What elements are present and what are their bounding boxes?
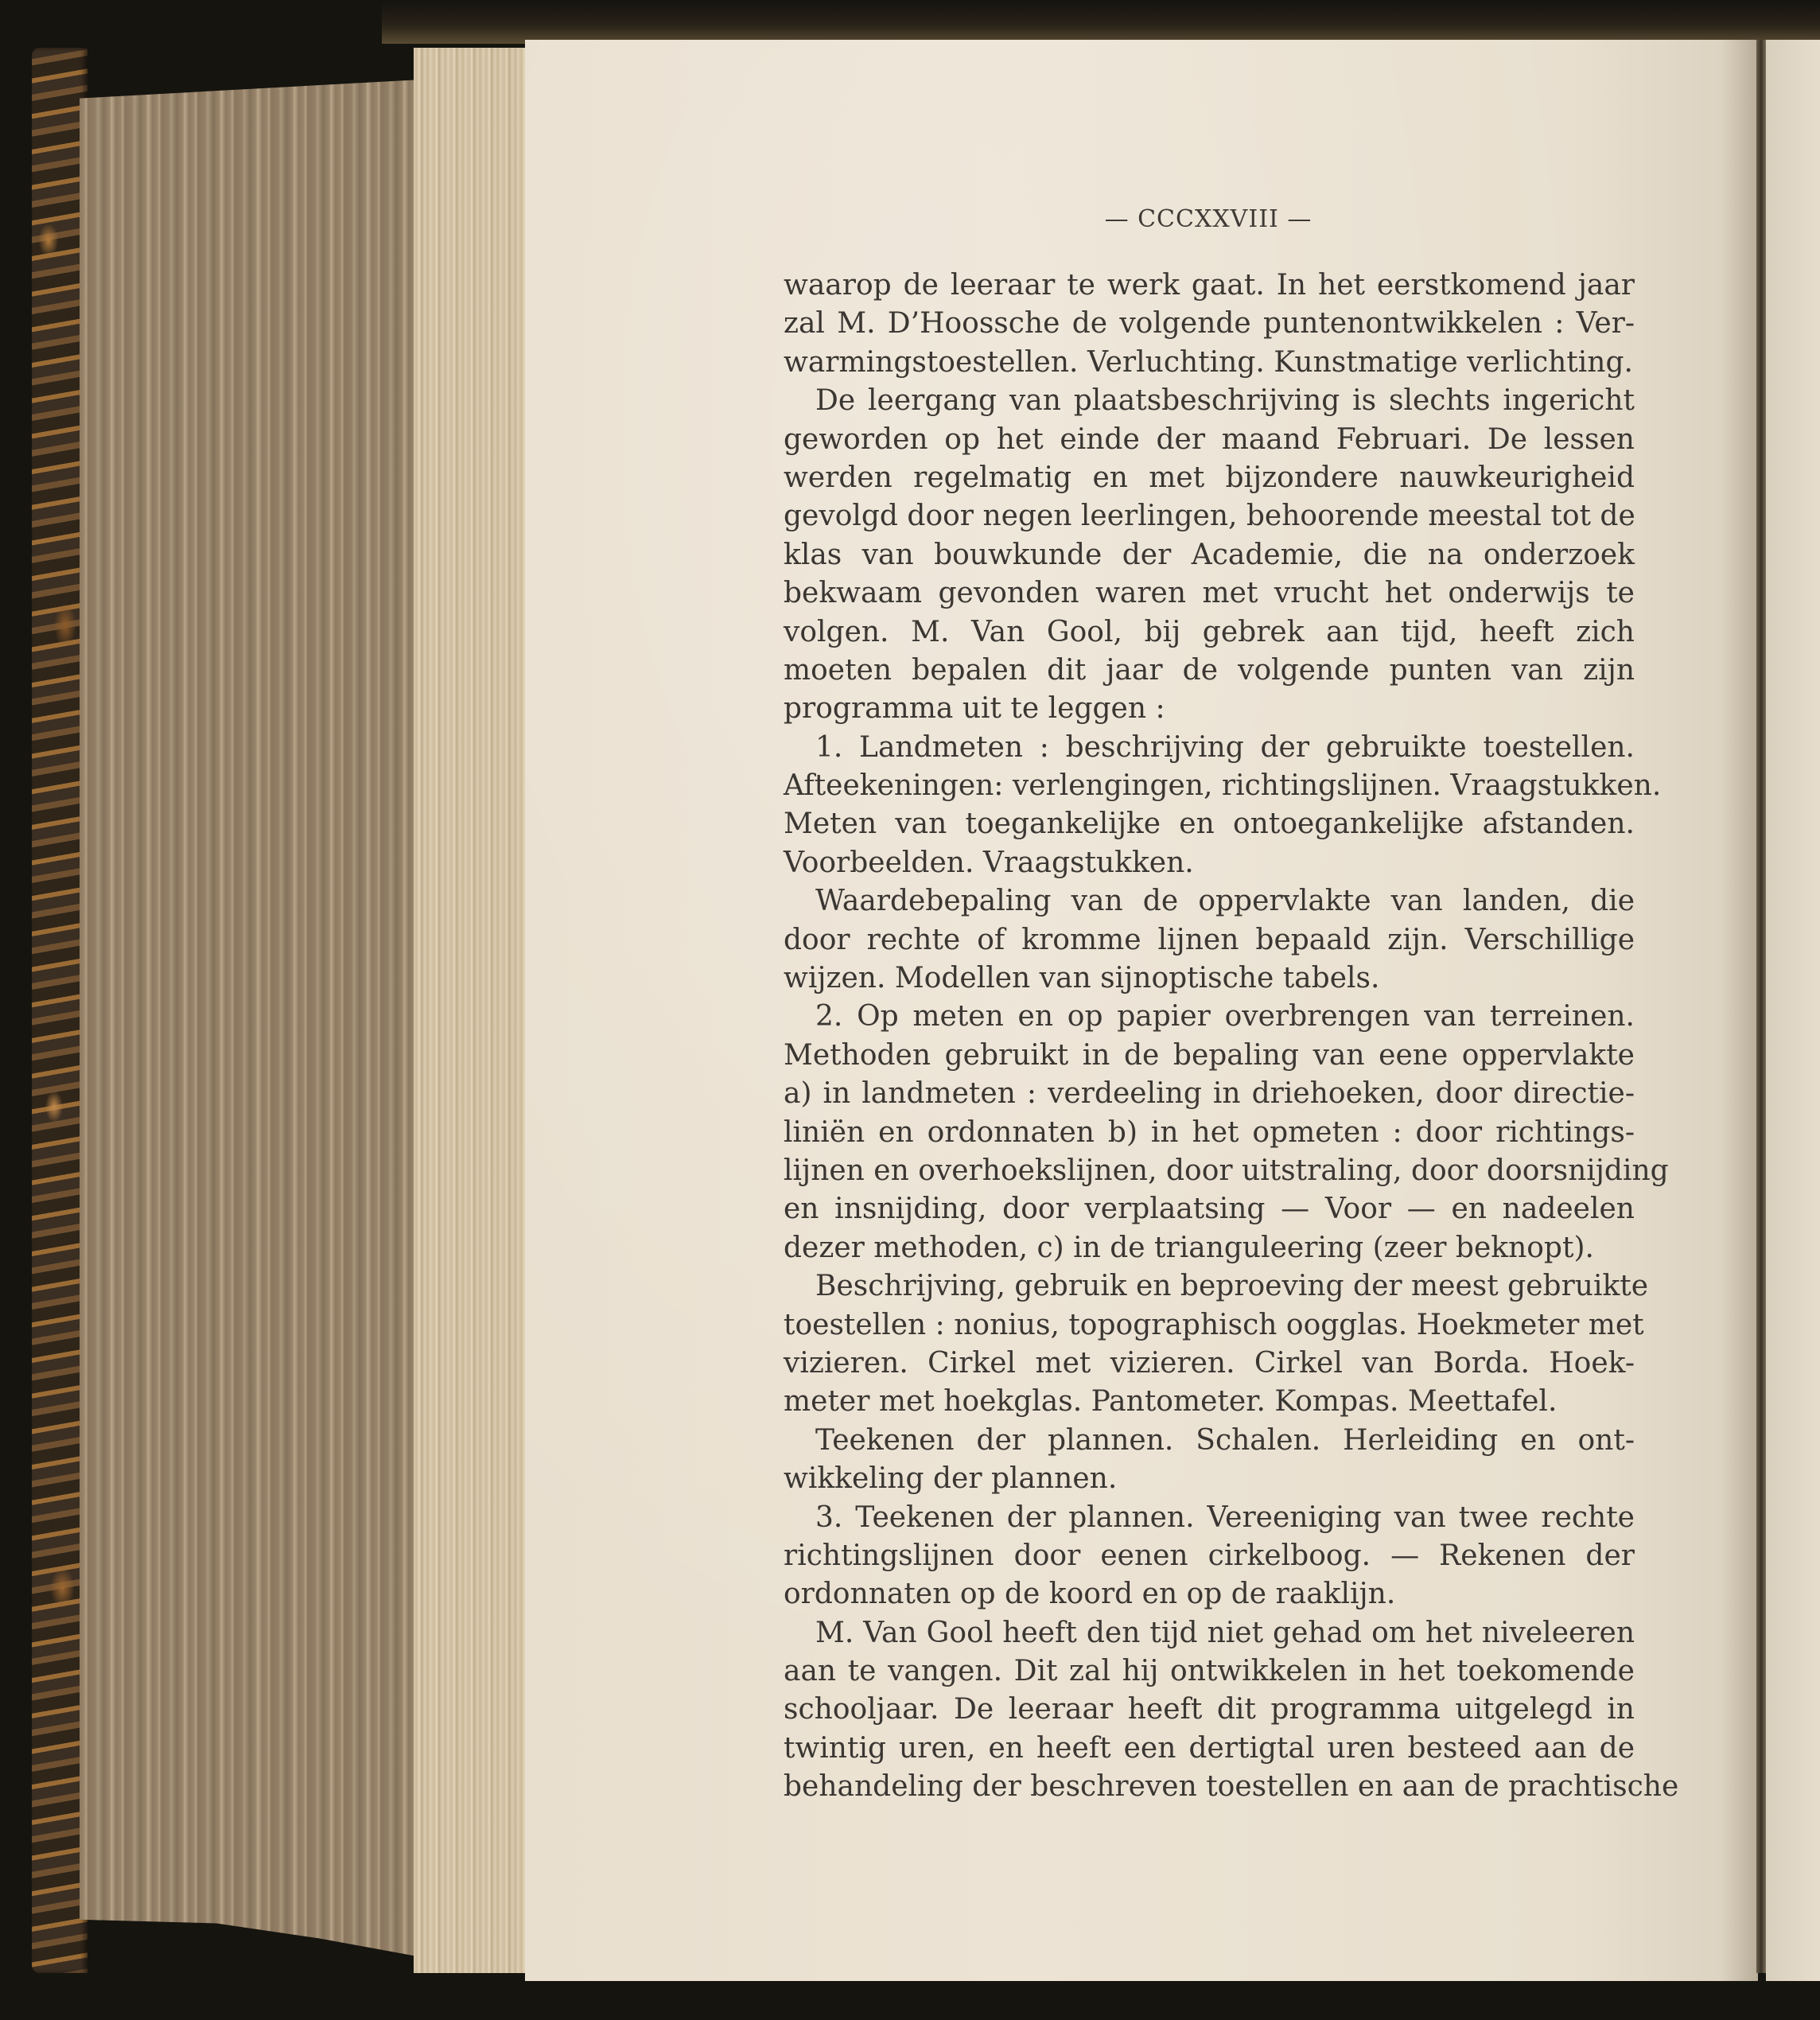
text-line: Beschrijving, gebruik en beproeving der … — [784, 1267, 1635, 1306]
text-line: waarop de leeraar te werk gaat. In het e… — [784, 267, 1635, 305]
text-line: bekwaam gevonden waren met vrucht het on… — [784, 574, 1635, 613]
book-scan: — CCCXXVIII — waarop de leeraar te werk … — [0, 0, 1820, 2020]
text-line: toestellen : nonius, topographisch ooggl… — [784, 1306, 1635, 1345]
text-line: en insnijding, door verplaatsing — Voor … — [784, 1190, 1635, 1228]
text-line: 1. Landmeten : beschrijving der gebruikt… — [784, 729, 1635, 767]
text-line: vizieren. Cirkel met vizieren. Cirkel va… — [784, 1345, 1635, 1383]
text-line: lijnen en overhoekslijnen, door uitstral… — [784, 1152, 1635, 1190]
text-line: dezer methoden, c) in de trianguleering … — [784, 1229, 1635, 1267]
text-line: Methoden gebruikt in de bepaling van een… — [784, 1037, 1635, 1075]
text-line: behandeling der beschreven toestellen en… — [784, 1768, 1635, 1806]
text-line: warmingstoestellen. Verluchting. Kunstma… — [784, 344, 1635, 382]
text-line: volgen. M. Van Gool, bij gebrek aan tijd… — [784, 613, 1635, 652]
text-line: door rechte of kromme lijnen bepaald zij… — [784, 921, 1635, 959]
text-line: schooljaar. De leeraar heeft dit program… — [784, 1691, 1635, 1729]
text-line: M. Van Gool heeft den tijd niet gehad om… — [784, 1614, 1635, 1652]
body-text: waarop de leeraar te werk gaat. In het e… — [784, 267, 1635, 1807]
marbled-cover-edge — [32, 48, 87, 1973]
text-line: ordonnaten op de koord en op de raaklijn… — [784, 1575, 1635, 1613]
running-head: — CCCXXVIII — — [784, 205, 1633, 233]
text-line: meter met hoekglas. Pantometer. Kompas. … — [784, 1383, 1635, 1421]
text-line: Teekenen der plannen. Schalen. Herleidin… — [784, 1422, 1635, 1460]
text-line: twintig uren, en heeft een dertigtal ure… — [784, 1730, 1635, 1768]
text-line: gevolgd door negen leerlingen, behoorend… — [784, 497, 1635, 535]
text-line: Voorbeelden. Vraagstukken. — [784, 844, 1635, 882]
page-edges-stack — [80, 80, 422, 1957]
text-line: Waardebepaling van de oppervlakte van la… — [784, 882, 1635, 920]
text-line: a) in landmeten : verdeeling in driehoek… — [784, 1075, 1635, 1113]
text-line: programma uit te leggen : — [784, 690, 1635, 728]
text-line: geworden op het einde der maand Februari… — [784, 421, 1635, 459]
text-line: zal M. D’Hoossche de volgende puntenontw… — [784, 305, 1635, 343]
text-line: aan te vangen. Dit zal hij ontwikkelen i… — [784, 1652, 1635, 1691]
text-line: liniën en ordonnaten b) in het opmeten :… — [784, 1114, 1635, 1152]
text-line: De leergang van plaatsbeschrijving is sl… — [784, 382, 1635, 420]
text-line: wikkeling der plannen. — [784, 1460, 1635, 1498]
page-gutter — [1756, 40, 1766, 1973]
text-line: 2. Op meten en op papier overbrengen van… — [784, 998, 1635, 1036]
text-line: Afteekeningen: verlengingen, richtingsli… — [784, 767, 1635, 805]
text-line: Meten van toegankelijke en ontoegankelij… — [784, 805, 1635, 843]
text-line: richtingslijnen door eenen cirkelboog. —… — [784, 1537, 1635, 1575]
text-line: 3. Teekenen der plannen. Vereeniging van… — [784, 1499, 1635, 1537]
text-line: wijzen. Modellen van sijnoptische tabels… — [784, 959, 1635, 998]
text-line: moeten bepalen dit jaar de volgende punt… — [784, 652, 1635, 690]
next-page-edge — [1766, 40, 1820, 1981]
text-line: klas van bouwkunde der Academie, die na … — [784, 536, 1635, 574]
scan-background-top — [382, 0, 1820, 44]
page-edges-light — [414, 48, 533, 1973]
text-line: werden regelmatig en met bijzondere nauw… — [784, 459, 1635, 497]
